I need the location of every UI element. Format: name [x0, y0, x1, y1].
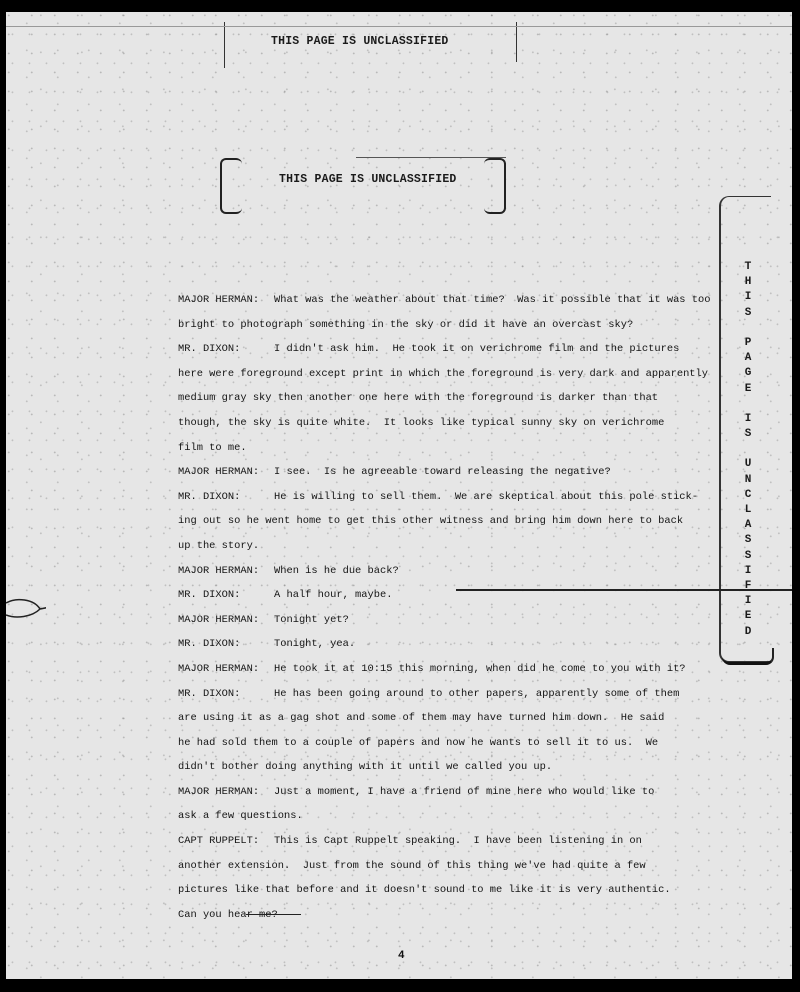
transcript-line: MR. DIXON:He has been going around to ot…	[178, 682, 678, 707]
transcript-line: MR. DIXON:A half hour, maybe.	[178, 583, 678, 608]
dialogue-text: I see. Is he agreeable toward releasing …	[274, 466, 611, 478]
transcript-line: another extension. Just from the sound o…	[178, 854, 678, 879]
transcript-line: MAJOR HERMAN:I see. Is he agreeable towa…	[178, 460, 678, 485]
stamp-letter: G	[741, 366, 755, 381]
transcript-line: film to me.	[178, 436, 678, 461]
dialogue-text: He is willing to sell them. We are skept…	[274, 491, 698, 503]
stamp-letter: D	[741, 625, 755, 640]
dialogue-text: Tonight yet?	[274, 614, 349, 626]
speaker-label: CAPT RUPPELT:	[178, 829, 274, 854]
top-rule	[6, 26, 792, 27]
transcript-line: pictures like that before and it doesn't…	[178, 878, 678, 903]
stamp-letter: P	[741, 336, 755, 351]
stamp-letter: C	[741, 488, 755, 503]
transcript-line: MAJOR HERMAN:Just a moment, I have a fri…	[178, 780, 678, 805]
scan-mark	[224, 22, 225, 68]
transcript-line: bright to photograph something in the sk…	[178, 313, 678, 338]
scan-mark	[516, 22, 517, 62]
speaker-label: MR. DIXON:	[178, 583, 274, 608]
paper-clip-icon	[6, 597, 46, 623]
transcript-line: MAJOR HERMAN:Tonight yet?	[178, 608, 678, 633]
transcript-line: didn't bother doing anything with it unt…	[178, 755, 678, 780]
stamp-letter: S	[741, 306, 755, 321]
dialogue-text: I didn't ask him. He took it on verichro…	[274, 343, 679, 355]
stamp-letter: A	[741, 351, 755, 366]
page-number: 4	[398, 950, 405, 962]
stamp-letter: I	[741, 564, 755, 579]
stamp-letter: A	[741, 518, 755, 533]
dialogue-text: He took it at 10:15 this morning, when d…	[274, 663, 686, 675]
stamp-letter: S	[741, 427, 755, 442]
stamp-letter: I	[741, 290, 755, 305]
document-page: THIS PAGE IS UNCLASSIFIED THIS PAGE IS U…	[6, 12, 792, 979]
stamp-letter: N	[741, 473, 755, 488]
speaker-label: MR. DIXON:	[178, 485, 274, 510]
stamp-letter: I	[741, 594, 755, 609]
speaker-label: MR. DIXON:	[178, 337, 274, 362]
transcript-line: though, the sky is quite white. It looks…	[178, 411, 678, 436]
speaker-label: MAJOR HERMAN:	[178, 288, 274, 313]
stamp-letter: E	[741, 382, 755, 397]
transcript-line: he had sold them to a couple of papers a…	[178, 731, 678, 756]
stamp-letter: I	[741, 412, 755, 427]
transcript-line: MR. DIXON:He is willing to sell them. We…	[178, 485, 678, 510]
stamp-letter: S	[741, 549, 755, 564]
dialogue-text: What was the weather about that time? Wa…	[274, 294, 710, 306]
stamp-letter: F	[741, 579, 755, 594]
speaker-label: MAJOR HERMAN:	[178, 657, 274, 682]
dialogue-text: He has been going around to other papers…	[274, 688, 679, 700]
speaker-label: MAJOR HERMAN:	[178, 780, 274, 805]
transcript-line: MAJOR HERMAN:What was the weather about …	[178, 288, 678, 313]
speaker-label: MR. DIXON:	[178, 632, 274, 657]
vertical-classification-stamp: T H I S P A G E I S U N C L A S S I F I …	[741, 260, 755, 640]
transcript-body: MAJOR HERMAN:What was the weather about …	[178, 288, 678, 927]
speaker-label: MAJOR HERMAN:	[178, 460, 274, 485]
stamp-letter: S	[741, 533, 755, 548]
transcript-line: CAPT RUPPELT:This is Capt Ruppelt speaki…	[178, 829, 678, 854]
dialogue-text: This is Capt Ruppelt speaking. I have be…	[274, 835, 642, 847]
stamp-letter: T	[741, 260, 755, 275]
boxed-classification-stamp: THIS PAGE IS UNCLASSIFIED	[279, 173, 457, 186]
stamp-letter: E	[741, 609, 755, 624]
dialogue-text: Just a moment, I have a friend of mine h…	[274, 786, 654, 798]
transcript-line: up the story.	[178, 534, 678, 559]
vertical-stamp-bracket-bottom	[722, 648, 774, 665]
transcript-line: here were foreground except print in whi…	[178, 362, 678, 387]
end-rule	[246, 914, 301, 915]
transcript-line: ing out so he went home to get this othe…	[178, 509, 678, 534]
stamp-gap	[741, 321, 755, 336]
stamp-letter: H	[741, 275, 755, 290]
dialogue-text: When is he due back?	[274, 565, 399, 577]
speaker-label: MAJOR HERMAN:	[178, 559, 274, 584]
stamp-gap	[741, 397, 755, 412]
transcript-line: Can you hear me?	[178, 903, 678, 928]
stamp-bracket-left	[220, 158, 242, 214]
transcript-line: ask a few questions.	[178, 804, 678, 829]
dialogue-text: Tonight, yea.	[274, 638, 355, 650]
speaker-label: MR. DIXON:	[178, 682, 274, 707]
transcript-line: medium gray sky then another one here wi…	[178, 386, 678, 411]
transcript-line: are using it as a gag shot and some of t…	[178, 706, 678, 731]
speaker-label: MAJOR HERMAN:	[178, 608, 274, 633]
transcript-line: MAJOR HERMAN:When is he due back?	[178, 559, 678, 584]
top-classification-stamp: THIS PAGE IS UNCLASSIFIED	[271, 35, 449, 48]
transcript-line: MR. DIXON:Tonight, yea.	[178, 632, 678, 657]
stamp-letter: U	[741, 457, 755, 472]
stamp-letter: L	[741, 503, 755, 518]
dialogue-text: A half hour, maybe.	[274, 589, 392, 601]
transcript-line: MR. DIXON:I didn't ask him. He took it o…	[178, 337, 678, 362]
stamp-gap	[741, 442, 755, 457]
transcript-line: MAJOR HERMAN:He took it at 10:15 this mo…	[178, 657, 678, 682]
stamp-bracket-right	[484, 158, 506, 214]
stamp-rule	[356, 157, 506, 158]
